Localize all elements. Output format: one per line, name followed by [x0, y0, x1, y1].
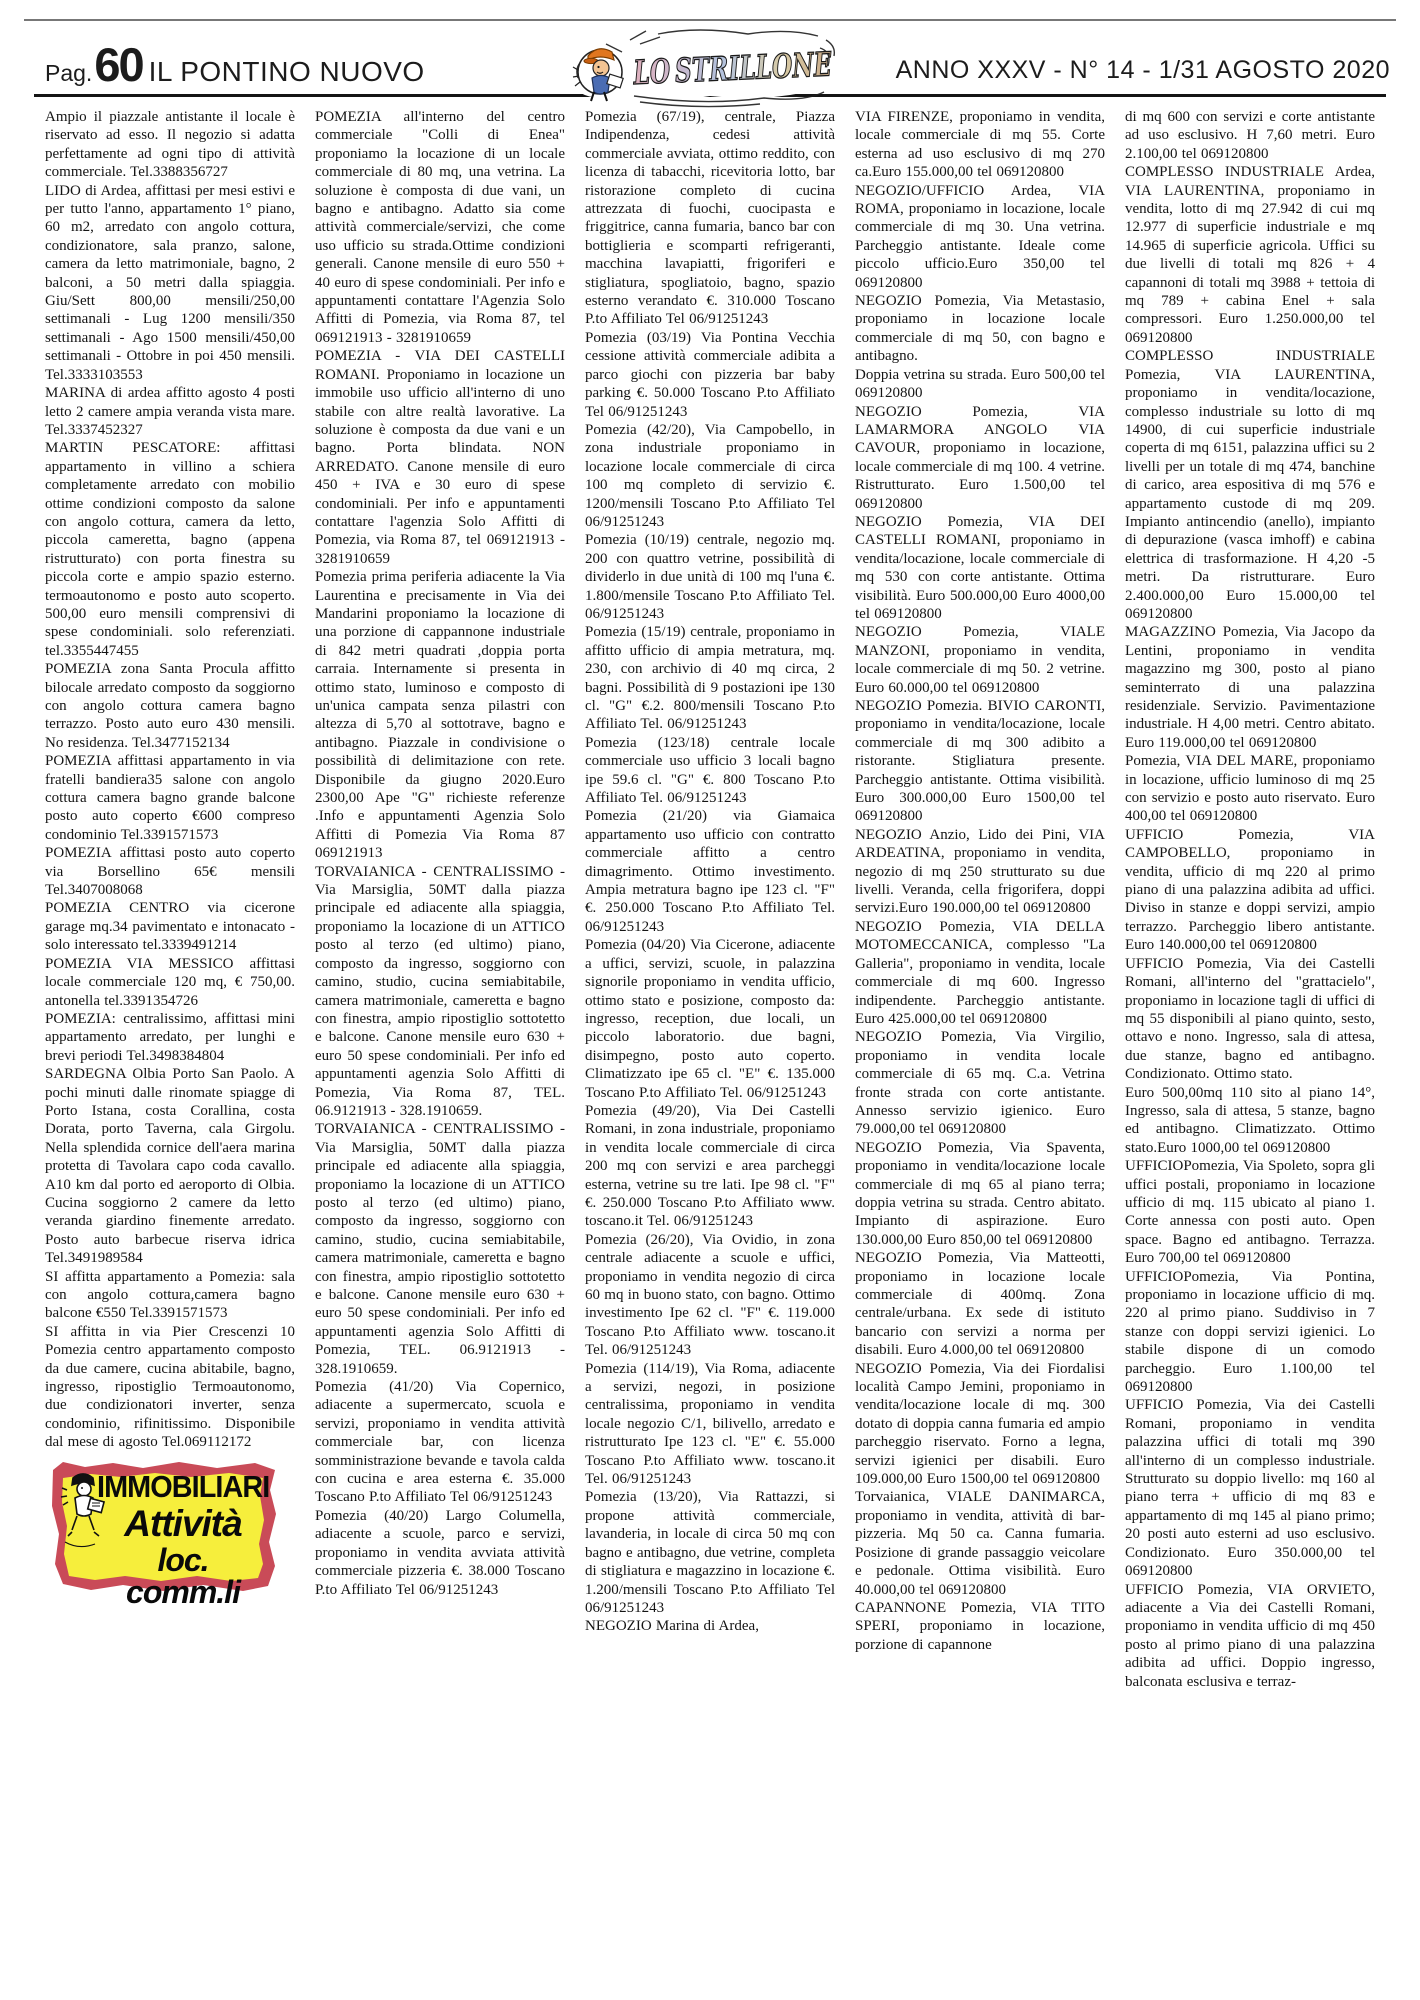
column-1: Ampio il piazzale antistante il locale è… [45, 108, 295, 1932]
classified-ad: Ampio il piazzale antistante il locale è… [45, 108, 295, 182]
page-label: Pag. [45, 60, 92, 87]
page-number: 60 [94, 41, 142, 88]
classified-ad: Pomezia (21/20) via Giamaica appartament… [585, 807, 835, 936]
classified-ad: Pomezia (26/20), Via Ovidio, in zona cen… [585, 1231, 835, 1360]
classified-ad: NEGOZIO Anzio, Lido dei Pini, VIA ARDEAT… [855, 826, 1105, 918]
classified-ad: Pomezia (42/20), Via Campobello, in zona… [585, 421, 835, 531]
ad-box-line1: IMMOBILIARI [97, 1471, 257, 1502]
classified-ad: Euro 500,00mq 110 sito al piano 14°, Ing… [1125, 1084, 1375, 1158]
classified-ad: UFFICIOPomezia, Via Spoleto, sopra gli u… [1125, 1157, 1375, 1267]
classified-ad: Doppia vetrina su strada. Euro 500,00 te… [855, 366, 1105, 403]
classified-ad: NEGOZIO Pomezia, VIALE MANZONI, proponia… [855, 623, 1105, 697]
ad-box-line3: loc. comm.li [97, 1544, 269, 1608]
classified-ad: Pomezia (67/19), centrale, Piazza Indipe… [585, 108, 835, 329]
logo-word-lo: LO [632, 51, 671, 92]
classified-ad: NEGOZIO Marina di Ardea, [585, 1617, 835, 1635]
newspaper-title: IL PONTINO NUOVO [149, 56, 425, 88]
classified-ad: NEGOZIO Pomezia, VIA DEI CASTELLI ROMANI… [855, 513, 1105, 623]
classified-ad: Pomezia (49/20), Via Dei Castelli Romani… [585, 1102, 835, 1231]
classified-ad: Pomezia (04/20) Via Cicerone, adiacente … [585, 936, 835, 1102]
logo-word-strillone: STRILLONE [674, 44, 833, 90]
classified-ad: MARINA di ardea affitto agosto 4 posti l… [45, 384, 295, 439]
lo-strillone-logo-svg: LOSTRILLONE [570, 26, 842, 108]
ad-box-line2: Attività [97, 1505, 269, 1542]
classified-ad: Pomezia (114/19), Via Roma, adiacente a … [585, 1360, 835, 1489]
classified-ad: NEGOZIO Pomezia, Via Matteotti, proponia… [855, 1249, 1105, 1359]
classified-ad: Torvaianica, VIALE DANIMARCA, proponiamo… [855, 1488, 1105, 1598]
header-left: Pag. 60 IL PONTINO NUOVO [45, 41, 425, 88]
classified-ad: Pomezia (40/20) Largo Columella, adiacen… [315, 1507, 565, 1599]
classified-ad: POMEZIA affittasi appartamento in via fr… [45, 752, 295, 844]
classified-ad: CAPANNONE Pomezia, VIA TITO SPERI, propo… [855, 1599, 1105, 1654]
classified-ad: Pomezia (10/19) centrale, negozio mq. 20… [585, 531, 835, 623]
classified-ad: SARDEGNA Olbia Porto San Paolo. A pochi … [45, 1065, 295, 1267]
classified-ad: COMPLESSO INDUSTRIALE Pomezia, VIA LAURE… [1125, 347, 1375, 623]
classified-ad: UFFICIO Pomezia, Via dei Castelli Romani… [1125, 1396, 1375, 1580]
classified-ad: COMPLESSO INDUSTRIALE Ardea, VIA LAURENT… [1125, 163, 1375, 347]
classified-ad: Pomezia (41/20) Via Copernico, adiacente… [315, 1378, 565, 1507]
classified-ad: SI affitta in via Pier Crescenzi 10 Pome… [45, 1323, 295, 1452]
ad-box-text: IMMOBILIARI Attività loc. comm.li [97, 1471, 269, 1608]
classified-ad: NEGOZIO Pomezia, Via Metastasio, proponi… [855, 292, 1105, 366]
classified-ad: POMEZIA CENTRO via cicerone garage mq.34… [45, 899, 295, 954]
lo-strillone-logo: LOSTRILLONE [570, 26, 842, 108]
classified-ad: TORVAIANICA - CENTRALISSIMO - Via Marsig… [315, 1120, 565, 1378]
classified-ad: NEGOZIO/UFFICIO Ardea, VIA ROMA, proponi… [855, 182, 1105, 292]
classified-ad: UFFICIO Pomezia, VIA ORVIETO, adiacente … [1125, 1581, 1375, 1691]
classified-ad: UFFICIOPomezia, Via Pontina, proponiamo … [1125, 1268, 1375, 1397]
classified-ad: Pomezia prima periferia adiacente la Via… [315, 568, 565, 863]
classified-ad: UFFICIO Pomezia, VIA CAMPOBELLO, proponi… [1125, 826, 1375, 955]
classified-ad: TORVAIANICA - CENTRALISSIMO - Via Marsig… [315, 863, 565, 1121]
page-top-edge [24, 19, 1396, 21]
classified-ad: Pomezia, VIA DEL MARE, proponiamo in loc… [1125, 752, 1375, 826]
classified-ad: NEGOZIO Pomezia, Via dei Fiordalisi loca… [855, 1360, 1105, 1489]
classified-ad: POMEZIA all'interno del centro commercia… [315, 108, 565, 347]
classified-ad: LIDO di Ardea, affittasi per mesi estivi… [45, 182, 295, 384]
classified-ad: POMEZIA - VIA DEI CASTELLI ROMANI. Propo… [315, 347, 565, 568]
classified-ad: POMEZIA: centralissimo, affittasi mini a… [45, 1010, 295, 1065]
classified-ad: NEGOZIO Pomezia, VIA DELLA MOTOMECCANICA… [855, 918, 1105, 1028]
classified-ad: di mq 600 con servizi e corte antistante… [1125, 108, 1375, 163]
classified-ad: Pomezia (123/18) centrale locale commerc… [585, 734, 835, 808]
classified-ad: MARTIN PESCATORE: affittasi appartamento… [45, 439, 295, 660]
classified-ad: NEGOZIO Pomezia, VIA LAMARMORA ANGOLO VI… [855, 403, 1105, 513]
classified-ad: NEGOZIO Pomezia, Via Virgilio, proponiam… [855, 1028, 1105, 1138]
classified-ad: Pomezia (03/19) Via Pontina Vecchia cess… [585, 329, 835, 421]
classified-ad: POMEZIA affittasi posto auto coperto via… [45, 844, 295, 899]
classified-ad: SI affitta appartamento a Pomezia: sala … [45, 1268, 295, 1323]
column-4: VIA FIRENZE, proponiamo in vendita, loca… [855, 108, 1105, 1932]
classified-ad: UFFICIO Pomezia, Via dei Castelli Romani… [1125, 955, 1375, 1084]
column-2: POMEZIA all'interno del centro commercia… [315, 108, 565, 1932]
newspaper-page: { "header": { "page_label": "Pag.", "pag… [0, 0, 1420, 2000]
classified-ad: Pomezia (15/19) centrale, proponiamo in … [585, 623, 835, 733]
column-1-ads: Ampio il piazzale antistante il locale è… [45, 108, 295, 1452]
column-5: di mq 600 con servizi e corte antistante… [1125, 108, 1375, 1932]
issue-info: ANNO XXXV - N° 14 - 1/31 AGOSTO 2020 [896, 56, 1390, 88]
classifieds-columns: Ampio il piazzale antistante il locale è… [45, 108, 1375, 1932]
classified-ad: VIA FIRENZE, proponiamo in vendita, loca… [855, 108, 1105, 182]
classified-ad: NEGOZIO Pomezia. BIVIO CARONTI, proponia… [855, 697, 1105, 826]
classified-ad: Pomezia (13/20), Via Rattazzi, si propon… [585, 1488, 835, 1617]
classified-ad: NEGOZIO Pomezia, Via Spaventa, proponiam… [855, 1139, 1105, 1249]
immobiliari-ad-box: IMMOBILIARI Attività loc. comm.li [51, 1462, 277, 1592]
column-3: Pomezia (67/19), centrale, Piazza Indipe… [585, 108, 835, 1932]
classified-ad: POMEZIA zona Santa Procula affitto biloc… [45, 660, 295, 752]
classified-ad: MAGAZZINO Pomezia, Via Jacopo da Lentini… [1125, 623, 1375, 752]
classified-ad: POMEZIA VIA MESSICO affittasi locale com… [45, 955, 295, 1010]
